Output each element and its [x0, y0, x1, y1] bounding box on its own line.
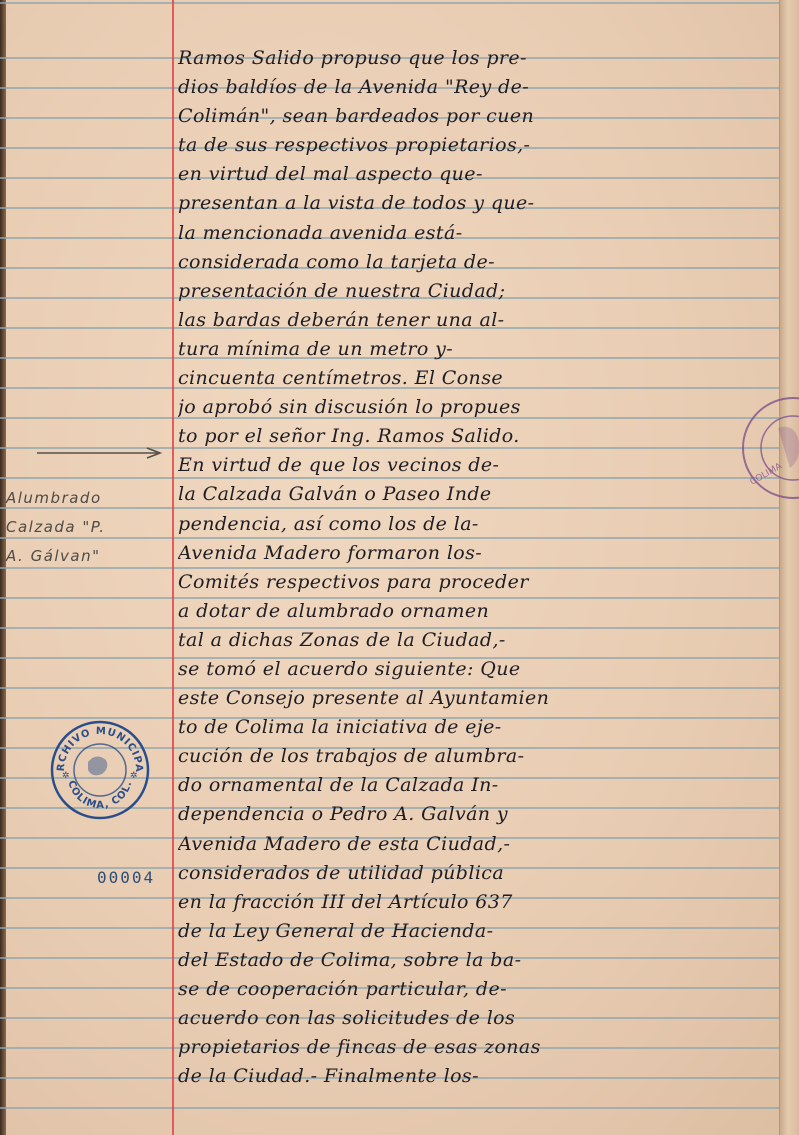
- text-line: la Calzada Galván o Paseo Inde: [178, 480, 768, 509]
- text-line: acuerdo con las solicitudes de los: [178, 1004, 768, 1033]
- text-line: a dotar de alumbrado ornamen: [178, 597, 768, 626]
- text-line: do ornamental de la Calzada In-: [178, 771, 768, 800]
- text-line: Avenida Madero formaron los-: [178, 539, 768, 568]
- text-line: cución de los trabajos de alumbra-: [178, 742, 768, 771]
- text-line: jo aprobó sin discusión lo propues: [178, 393, 768, 422]
- handwritten-body: Ramos Salido propuso que los pre- dios b…: [178, 44, 768, 1091]
- text-line: ta de sus respectivos propietarios,-: [178, 131, 768, 160]
- svg-text:COLIMA, COL.: COLIMA, COL.: [65, 779, 134, 811]
- text-line: considerados de utilidad pública: [178, 859, 768, 888]
- text-line: las bardas deberán tener una al-: [178, 306, 768, 335]
- text-line: tal a dichas Zonas de la Ciudad,-: [178, 626, 768, 655]
- text-line: propietarios de fincas de esas zonas: [178, 1033, 768, 1062]
- svg-text:✲: ✲: [62, 771, 70, 781]
- text-line: dependencia o Pedro A. Galván y: [178, 800, 768, 829]
- margin-note-line: A. Gálvan": [6, 542, 166, 571]
- text-line: to de Colima la iniciativa de eje-: [178, 713, 768, 742]
- margin-note-line: Alumbrado: [6, 484, 166, 513]
- text-line: Comités respectivos para proceder: [178, 568, 768, 597]
- text-line: cincuenta centímetros. El Conse: [178, 364, 768, 393]
- svg-text:✲: ✲: [130, 771, 138, 781]
- page-gutter: [779, 0, 799, 1135]
- margin-note-line: Calzada "P.: [6, 513, 166, 542]
- text-line: considerada como la tarjeta de-: [178, 248, 768, 277]
- text-line: en virtud del mal aspecto que-: [178, 160, 768, 189]
- archive-page-number: 00004: [97, 868, 155, 887]
- text-line: tura mínima de un metro y-: [178, 335, 768, 364]
- text-line: presentan a la vista de todos y que-: [178, 189, 768, 218]
- partial-purple-stamp-icon: COLIMA: [738, 393, 799, 503]
- text-line: Colimán", sean bardeados por cuen: [178, 102, 768, 131]
- text-line: Avenida Madero de esta Ciudad,-: [178, 830, 768, 859]
- text-line: este Consejo presente al Ayuntamien: [178, 684, 768, 713]
- margin-annotation: Alumbrado Calzada "P. A. Gálvan": [6, 484, 166, 571]
- text-line: de la Ciudad.- Finalmente los-: [178, 1062, 768, 1091]
- notebook-page: Ramos Salido propuso que los pre- dios b…: [0, 0, 799, 1135]
- text-line: presentación de nuestra Ciudad;: [178, 277, 768, 306]
- archivo-municipal-stamp-icon: ARCHIVO MUNICIPAL COLIMA, COL. ✲ ✲: [48, 718, 152, 822]
- text-line: to por el señor Ing. Ramos Salido.: [178, 422, 768, 451]
- text-line: se de cooperación particular, de-: [178, 975, 768, 1004]
- text-line: pendencia, así como los de la-: [178, 510, 768, 539]
- text-line: En virtud de que los vecinos de-: [178, 451, 768, 480]
- text-line: de la Ley General de Hacienda-: [178, 917, 768, 946]
- text-line: en la fracción III del Artículo 637: [178, 888, 768, 917]
- text-line: la mencionada avenida está-: [178, 219, 768, 248]
- text-line: dios baldíos de la Avenida "Rey de-: [178, 73, 768, 102]
- red-margin-line: [172, 0, 174, 1135]
- pencil-arrow-icon: [35, 447, 163, 459]
- text-line: del Estado de Colima, sobre la ba-: [178, 946, 768, 975]
- text-line: Ramos Salido propuso que los pre-: [178, 44, 768, 73]
- text-line: se tomó el acuerdo siguiente: Que: [178, 655, 768, 684]
